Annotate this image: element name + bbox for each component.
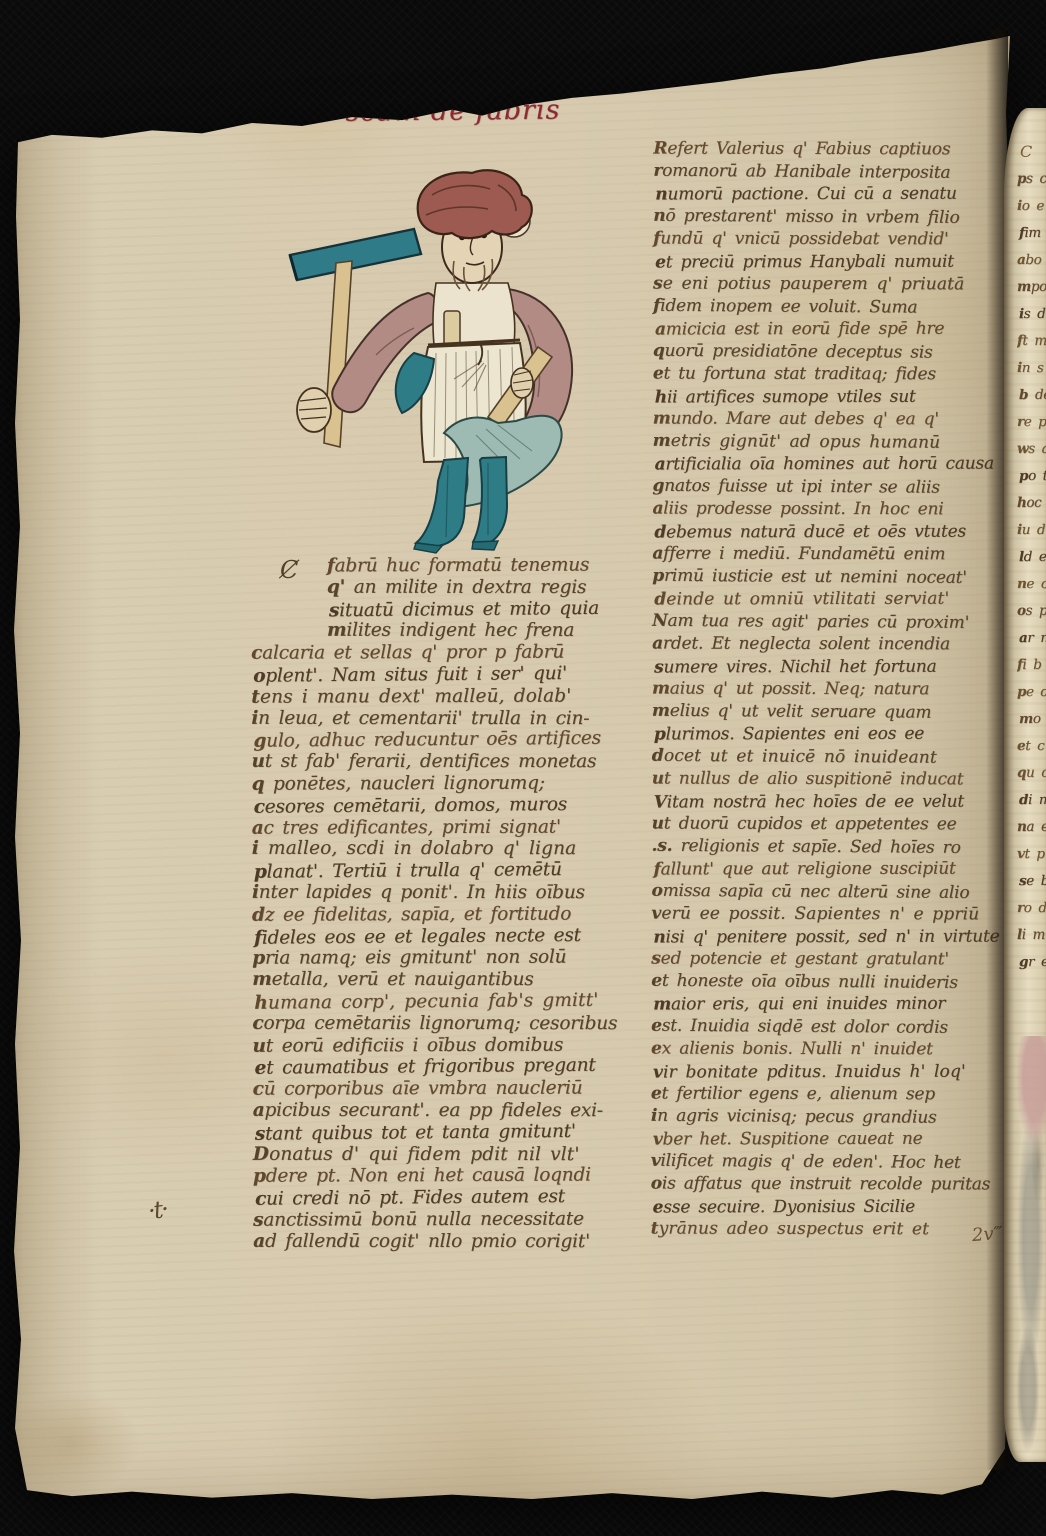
manuscript-line: nisi q' penitere possit, sed n' in virtu… [653,925,1015,948]
manuscript-line: fidem inopem ee voluit. Suma [653,294,1015,319]
manuscript-line: se eni potius pauperem q' priuatā [653,273,1015,296]
manuscript-line: fabrū huc formatū tenemus [327,554,653,577]
manuscript-line: ut duorū cupidos et appetentes ee [652,813,1014,836]
manuscript-line: numorū pactione. Cui cū a senatu [655,183,1017,206]
manuscript-line: ut st fab' ferarii, dentifices monetas [251,751,653,773]
text-column-right: Refert Valerius q' Fabius captiuosromano… [651,138,1016,1241]
manuscript-line: docet ut et inuicē nō inuideant [652,744,1014,769]
smith-stockings [414,457,507,553]
manuscript-line: melius q' ut velit seruare quam [652,699,1014,724]
manuscript-line: Refert Valerius q' Fabius captiuos [653,138,1015,161]
next-page-edge: C ps cio efimabompois dft min sb dere pw… [1004,108,1046,1462]
manuscript-line: hoc [1017,490,1046,517]
manuscript-line: ardet. Et neglecta solent incendia [652,633,1014,656]
manuscript-line: inter lapides q ponit'. In hiis oībus [252,882,654,904]
manuscript-line: Vitam nostrā hec hoīes de ee velut [654,790,1016,813]
manuscript-line: apicibus securant'. ea pp fideles exi- [253,1100,655,1122]
manuscript-line: metalla, verū et nauigantibus [252,969,654,991]
manuscript-line: romanorū ab Hanibale interposita [653,159,1015,184]
manuscript-line: q ponētes, naucleri lignorumq; [252,772,654,795]
manuscript-line: pdere pt. Non eni het causā loqndi [253,1165,655,1188]
manuscript-line: est. Inuidia siqdē est dolor cordis [651,1014,1013,1039]
manuscript-line: dz ee fidelitas, sapīa, et fortitudo [252,903,654,926]
manuscript-line: vilificet magis q' de eden'. Hoc het [651,1149,1013,1174]
manuscript-line: cū corporibus aīe vmbra naucleriū [253,1077,655,1100]
manuscript-line: mo s [1019,706,1046,733]
manuscript-line: ro d [1017,895,1046,922]
margin-annotation-mark: ·t· [146,1195,169,1225]
next-page-illustration-hint [1006,1036,1046,1456]
manuscript-line: nō prestarent' misso in vrbem filio [653,204,1015,229]
photo-background: Ca‴ sc̄dm de fabris [0,0,1046,1536]
manuscript-line: pe d [1017,679,1046,706]
manuscript-line: fundū q' vnicū possidebat vendid' [653,228,1015,251]
manuscript-line: li m [1017,922,1046,949]
manuscript-line: fideles eos ee et legales necte est [254,924,656,949]
manuscript-line: gnatos fuisse ut ipi inter se aliis [652,474,1014,499]
manuscript-line: vir bonitate pditus. Inuidus h' loq' [653,1060,1015,1083]
manuscript-line: quorū presidiatōne deceptus sis [653,339,1015,364]
manuscript-line: pria namq; eis gmitunt' non solū [252,947,654,970]
manuscript-line: plurimos. Sapientes eni eos ee [654,723,1016,746]
chapter-rubric: Ca‴ sc̄dm de fabris [282,95,561,129]
manuscript-line: stant quibus tot et tanta gmitunt' [255,1120,657,1145]
manuscript-line: vt p [1017,841,1046,868]
manuscript-line: ac tres edificantes, primi signat' [252,816,654,839]
next-page-initial: C [1020,142,1032,161]
manuscript-line: milites indigent hec frena [327,620,653,642]
manuscript-line: ut eorū edificiis i oībus domibus [252,1034,654,1057]
manuscript-line: afferre i mediū. Fundamētū enim [652,543,1014,566]
manuscript-line: ld e [1019,544,1046,571]
text-column-left: fabrū huc formatū tenemusq' an milite in… [251,554,655,1253]
smith-illustration [276,165,586,563]
manuscript-line: primū iusticie est ut nemini noceat' [652,564,1014,589]
manuscript-line: in s [1017,355,1046,382]
manuscript-line: et c [1017,733,1046,760]
manuscript-line: deinde ut omniū vtilitati serviat' [654,588,1016,611]
manuscript-line: ne o [1017,571,1046,598]
manuscript-line: i malleo, scdi in dolabro q' ligna [252,838,654,860]
smith-hand [511,368,533,398]
manuscript-line: maius q' ut possit. Neq; natura [652,678,1014,701]
smith-fist [297,388,331,432]
manuscript-line: gulo, adhuc reducuntur oēs artifices [253,728,655,753]
manuscript-line: debemus naturā ducē et oēs vtutes [654,520,1016,543]
manuscript-line: di m [1019,787,1046,814]
manuscript-line: Donatus d' qui fidem pdit nil vlt' [253,1143,655,1165]
manuscript-line: b de [1019,382,1046,409]
manuscript-line: aliis prodesse possint. In hoc eni [652,498,1014,521]
manuscript-line: fi b [1017,652,1046,679]
manuscript-line: ois affatus que instruit recolde puritas [651,1173,1013,1196]
smith-turban [418,170,532,238]
manuscript-line: abo [1017,247,1046,274]
manuscript-line: et caumatibus et frigoribus pregant [254,1055,656,1080]
manuscript-line: omissa sapīa cū nec alterū sine alio [651,879,1013,904]
manuscript-line: tens i manu dext' malleū, dolab' [251,685,653,708]
manuscript-line: gr e [1019,949,1046,976]
manuscript-line: cesores cemētarii, domos, muros [254,793,656,818]
manuscript-line: situatū dicimus et mito quia [329,597,655,622]
manuscript-page: Ca‴ sc̄dm de fabris [12,24,1012,1502]
manuscript-line: cui credi nō pt. Fides autem est [255,1185,657,1210]
manuscript-line: fallunt' que aut religione suscipiūt [653,858,1015,881]
manuscript-line: in leua, et cementarii' trulla in cin- [251,707,653,729]
manuscript-line: iu d [1017,517,1046,544]
manuscript-line: na e [1017,814,1046,841]
manuscript-line: humana corp', pecunia fab's gmitt' [254,989,656,1014]
manuscript-line: sed potencie et gestant gratulant' [651,948,1013,971]
manuscript-line: et tu fortuna stat traditaq; fides [653,363,1015,386]
manuscript-line: Nam tua res agit' paries cū proxim' [652,609,1014,634]
manuscript-line: planat'. Tertiū i trulla q' cemētū [254,858,656,883]
manuscript-line: verū ee possit. Sapientes n' e ppriū [651,903,1013,926]
manuscript-line: q' an milite in dextra regis [327,577,653,599]
manuscript-line: ar m [1019,625,1046,652]
manuscript-line: re p [1017,409,1046,436]
manuscript-line: mpo [1017,274,1046,301]
manuscript-line: et fertilior egens e, alienum sep [651,1083,1013,1106]
manuscript-line: ex alienis bonis. Nulli n' inuidet [651,1038,1013,1061]
manuscript-line: is d [1019,301,1046,328]
manuscript-line: os p [1017,598,1046,625]
manuscript-line: mundo. Mare aut debes q' ea q' [653,408,1015,431]
manuscript-line: metris gignūt' ad opus humanū [653,429,1015,454]
manuscript-line: ad fallendū cogit' nllo pmio corigit' [253,1231,655,1253]
parchment-leaf: Ca‴ sc̄dm de fabris [12,24,1012,1502]
manuscript-line: esse secuire. Dyonisius Sicilie [653,1195,1015,1218]
manuscript-line: ps c [1017,166,1046,193]
manuscript-line: hii artifices sumope vtiles sut [655,385,1017,408]
manuscript-line: artificialia oīa homines aut horū causa [655,453,1017,476]
manuscript-line: et preciū primus Hanybali numuit [655,250,1017,273]
manuscript-line: corpa cemētariis lignorumq; cesoribus [252,1013,654,1035]
manuscript-line: amicicia est in eorū fide spē hre [655,318,1017,341]
manuscript-line: ft m [1017,328,1046,355]
manuscript-line: .s. religionis et sapīe. Sed hoīes ro [652,834,1014,859]
manuscript-line: oplent'. Nam situs fuit i ser' qui' [253,662,655,687]
manuscript-line: se b [1019,868,1046,895]
manuscript-line: sumere vires. Nichil het fortuna [654,655,1016,678]
manuscript-line: tyrānus adeo suspectus erit et [651,1218,1013,1241]
manuscript-line: qu o [1017,760,1046,787]
manuscript-line: sanctissimū bonū nulla necessitate [253,1208,655,1231]
manuscript-line: calcaria et sellas q' pror p fabrū [251,641,653,664]
manuscript-line: fim [1019,220,1046,247]
manuscript-line: et honeste oīa oībus nulli inuideris [651,969,1013,994]
manuscript-line: ut nullus de alio suspitionē inducat [652,768,1014,791]
manuscript-line: io e [1017,193,1046,220]
manuscript-line: ws a [1017,436,1046,463]
manuscript-line: maior eris, qui eni inuides minor [653,993,1015,1016]
manuscript-line: vber het. Suspitione caueat ne [653,1128,1015,1151]
manuscript-line: in agris vicinisq; pecus grandius [651,1104,1013,1129]
manuscript-line: po t [1019,463,1046,490]
